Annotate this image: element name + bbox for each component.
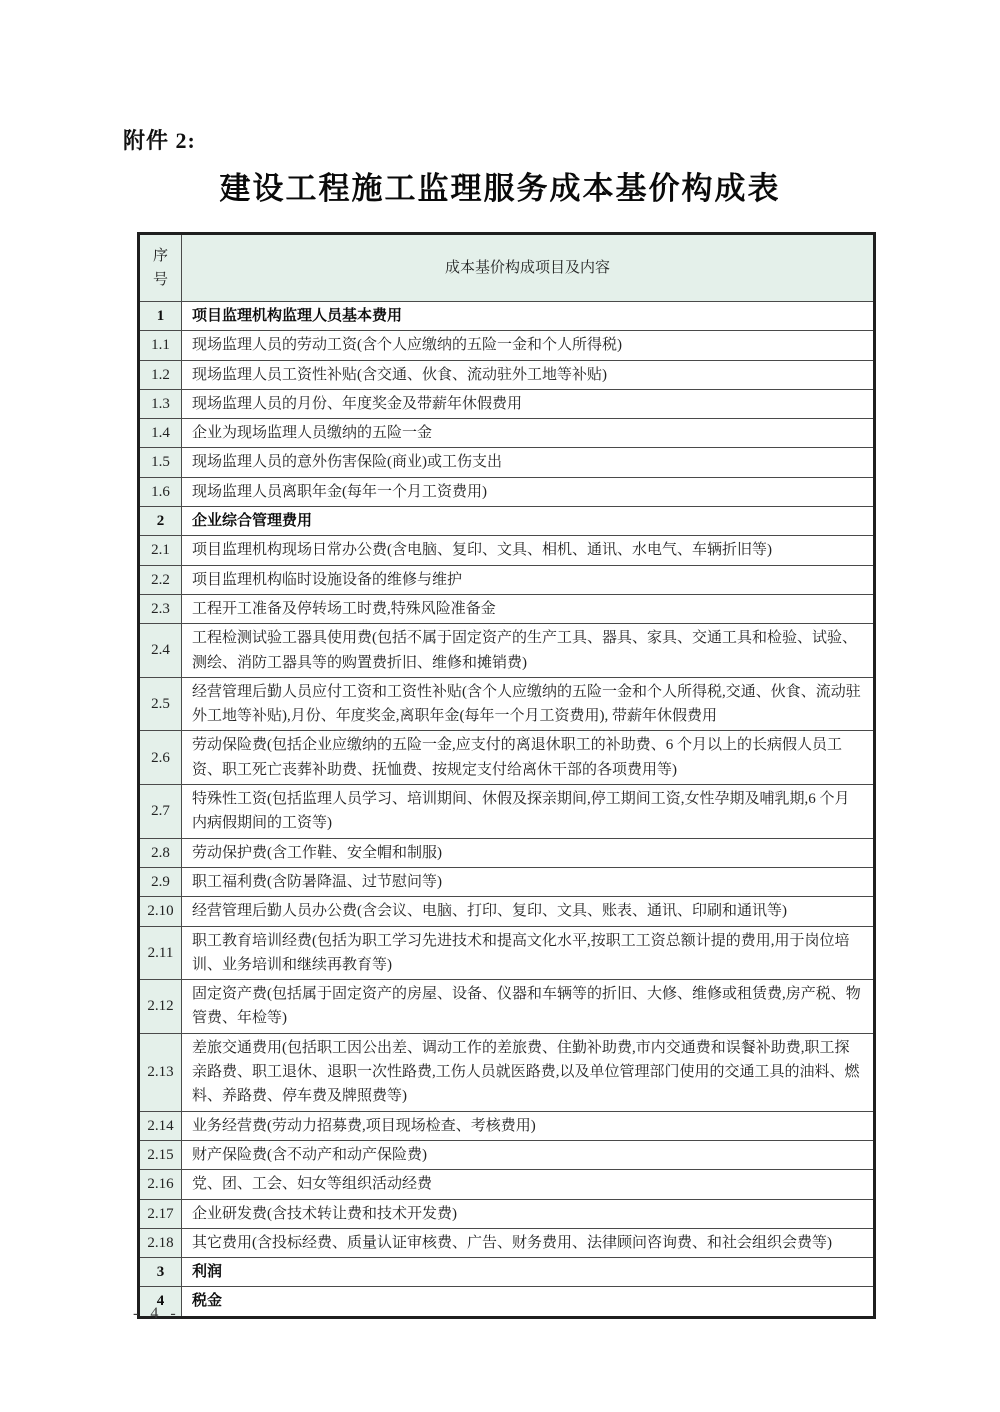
row-content-text: 特殊性工资(包括监理人员学习、培训期间、休假及探亲期间,停工期间工资,女性孕期及… <box>182 785 875 839</box>
row-serial-number: 2.12 <box>139 980 182 1034</box>
table-row: 2.15财产保险费(含不动产和动产保险费) <box>139 1140 875 1169</box>
row-content-text: 职工福利费(含防暑降温、过节慰问等) <box>182 867 875 896</box>
table-row: 2.17企业研发费(含技术转让费和技术开发费) <box>139 1199 875 1228</box>
row-serial-number: 2.9 <box>139 867 182 896</box>
row-serial-number: 1 <box>139 302 182 331</box>
table-row: 2.4工程检测试验工器具使用费(包括不属于固定资产的生产工具、器具、家具、交通工… <box>139 624 875 678</box>
row-content-text: 劳动保护费(含工作鞋、安全帽和制服) <box>182 838 875 867</box>
page-title: 建设工程施工监理服务成本基价构成表 <box>0 163 1000 208</box>
row-content-text: 其它费用(含投标经费、质量认证审核费、广告、财务费用、法律顾问咨询费、和社会组织… <box>182 1228 875 1257</box>
row-serial-number: 2.1 <box>139 536 182 565</box>
row-content-text: 劳动保险费(包括企业应缴纳的五险一金,应支付的离退休职工的补助费、6 个月以上的… <box>182 731 875 785</box>
row-serial-number: 2 <box>139 507 182 536</box>
cost-composition-table: 序号 成本基价构成项目及内容 1项目监理机构监理人员基本费用1.1现场监理人员的… <box>137 232 876 1319</box>
section-row: 3利润 <box>139 1258 875 1287</box>
header-serial-number: 序号 <box>139 234 182 302</box>
table-row: 2.2项目监理机构临时设施设备的维修与维护 <box>139 565 875 594</box>
section-row: 2企业综合管理费用 <box>139 507 875 536</box>
row-content-text: 工程开工准备及停转场工时费,特殊风险准备金 <box>182 594 875 623</box>
attachment-label: 附件 2: <box>123 124 196 155</box>
page-number: - 4 - <box>133 1305 180 1323</box>
section-row: 1项目监理机构监理人员基本费用 <box>139 302 875 331</box>
table-row: 2.7特殊性工资(包括监理人员学习、培训期间、休假及探亲期间,停工期间工资,女性… <box>139 785 875 839</box>
row-serial-number: 1.1 <box>139 331 182 360</box>
table-row: 2.8劳动保护费(含工作鞋、安全帽和制服) <box>139 838 875 867</box>
row-content-text: 项目监理机构现场日常办公费(含电脑、复印、文具、相机、通讯、水电气、车辆折旧等) <box>182 536 875 565</box>
row-content-text: 差旅交通费用(包括职工因公出差、调动工作的差旅费、住勤补助费,市内交通费和误餐补… <box>182 1033 875 1111</box>
row-content-text: 现场监理人员的意外伤害保险(商业)或工伤支出 <box>182 448 875 477</box>
row-serial-number: 2.14 <box>139 1111 182 1140</box>
row-serial-number: 1.5 <box>139 448 182 477</box>
table-row: 2.18其它费用(含投标经费、质量认证审核费、广告、财务费用、法律顾问咨询费、和… <box>139 1228 875 1257</box>
table-row: 2.6劳动保险费(包括企业应缴纳的五险一金,应支付的离退休职工的补助费、6 个月… <box>139 731 875 785</box>
row-content-text: 现场监理人员的月份、年度奖金及带薪年休假费用 <box>182 389 875 418</box>
row-content-text: 税金 <box>182 1287 875 1317</box>
table-row: 2.3工程开工准备及停转场工时费,特殊风险准备金 <box>139 594 875 623</box>
row-serial-number: 3 <box>139 1258 182 1287</box>
row-content-text: 企业为现场监理人员缴纳的五险一金 <box>182 419 875 448</box>
row-content-text: 企业综合管理费用 <box>182 507 875 536</box>
row-content-text: 工程检测试验工器具使用费(包括不属于固定资产的生产工具、器具、家具、交通工具和检… <box>182 624 875 678</box>
table-row: 1.6现场监理人员离职年金(每年一个月工资费用) <box>139 477 875 506</box>
row-serial-number: 2.3 <box>139 594 182 623</box>
table-header: 序号 成本基价构成项目及内容 <box>139 234 875 302</box>
table-row: 2.5经营管理后勤人员应付工资和工资性补贴(含个人应缴纳的五险一金和个人所得税,… <box>139 677 875 731</box>
table-row: 1.4企业为现场监理人员缴纳的五险一金 <box>139 419 875 448</box>
table-row: 2.9职工福利费(含防暑降温、过节慰问等) <box>139 867 875 896</box>
row-serial-number: 2.18 <box>139 1228 182 1257</box>
row-serial-number: 2.16 <box>139 1170 182 1199</box>
row-content-text: 业务经营费(劳动力招募费,项目现场检查、考核费用) <box>182 1111 875 1140</box>
row-serial-number: 2.17 <box>139 1199 182 1228</box>
header-content: 成本基价构成项目及内容 <box>182 234 875 302</box>
table-row: 2.13差旅交通费用(包括职工因公出差、调动工作的差旅费、住勤补助费,市内交通费… <box>139 1033 875 1111</box>
row-serial-number: 2.2 <box>139 565 182 594</box>
header-row: 序号 成本基价构成项目及内容 <box>139 234 875 302</box>
row-content-text: 经营管理后勤人员应付工资和工资性补贴(含个人应缴纳的五险一金和个人所得税,交通、… <box>182 677 875 731</box>
row-serial-number: 2.13 <box>139 1033 182 1111</box>
row-content-text: 经营管理后勤人员办公费(含会议、电脑、打印、复印、文具、账表、通讯、印刷和通讯等… <box>182 897 875 926</box>
row-serial-number: 1.2 <box>139 360 182 389</box>
row-content-text: 固定资产费(包括属于固定资产的房屋、设备、仪器和车辆等的折旧、大修、维修或租赁费… <box>182 980 875 1034</box>
row-serial-number: 2.6 <box>139 731 182 785</box>
row-serial-number: 2.15 <box>139 1140 182 1169</box>
row-serial-number: 1.6 <box>139 477 182 506</box>
section-row: 4税金 <box>139 1287 875 1317</box>
document-page: 附件 2: 建设工程施工监理服务成本基价构成表 序号 成本基价构成项目及内容 1… <box>0 0 1000 1412</box>
row-serial-number: 1.4 <box>139 419 182 448</box>
row-serial-number: 2.8 <box>139 838 182 867</box>
row-content-text: 利润 <box>182 1258 875 1287</box>
row-content-text: 现场监理人员工资性补贴(含交通、伙食、流动驻外工地等补贴) <box>182 360 875 389</box>
row-content-text: 党、团、工会、妇女等组织活动经费 <box>182 1170 875 1199</box>
table-row: 2.1项目监理机构现场日常办公费(含电脑、复印、文具、相机、通讯、水电气、车辆折… <box>139 536 875 565</box>
table-row: 1.1现场监理人员的劳动工资(含个人应缴纳的五险一金和个人所得税) <box>139 331 875 360</box>
row-content-text: 财产保险费(含不动产和动产保险费) <box>182 1140 875 1169</box>
table-row: 2.16党、团、工会、妇女等组织活动经费 <box>139 1170 875 1199</box>
row-serial-number: 2.11 <box>139 926 182 980</box>
row-serial-number: 2.10 <box>139 897 182 926</box>
row-serial-number: 2.7 <box>139 785 182 839</box>
table-row: 1.2现场监理人员工资性补贴(含交通、伙食、流动驻外工地等补贴) <box>139 360 875 389</box>
row-content-text: 职工教育培训经费(包括为职工学习先进技术和提高文化水平,按职工工资总额计提的费用… <box>182 926 875 980</box>
row-content-text: 项目监理机构监理人员基本费用 <box>182 302 875 331</box>
row-content-text: 企业研发费(含技术转让费和技术开发费) <box>182 1199 875 1228</box>
table-row: 1.3现场监理人员的月份、年度奖金及带薪年休假费用 <box>139 389 875 418</box>
row-serial-number: 1.3 <box>139 389 182 418</box>
row-content-text: 现场监理人员离职年金(每年一个月工资费用) <box>182 477 875 506</box>
row-content-text: 现场监理人员的劳动工资(含个人应缴纳的五险一金和个人所得税) <box>182 331 875 360</box>
table-body: 1项目监理机构监理人员基本费用1.1现场监理人员的劳动工资(含个人应缴纳的五险一… <box>139 302 875 1318</box>
row-serial-number: 2.5 <box>139 677 182 731</box>
row-content-text: 项目监理机构临时设施设备的维修与维护 <box>182 565 875 594</box>
table-row: 2.10经营管理后勤人员办公费(含会议、电脑、打印、复印、文具、账表、通讯、印刷… <box>139 897 875 926</box>
table-row: 1.5现场监理人员的意外伤害保险(商业)或工伤支出 <box>139 448 875 477</box>
table-row: 2.14业务经营费(劳动力招募费,项目现场检查、考核费用) <box>139 1111 875 1140</box>
table-row: 2.11职工教育培训经费(包括为职工学习先进技术和提高文化水平,按职工工资总额计… <box>139 926 875 980</box>
table-row: 2.12固定资产费(包括属于固定资产的房屋、设备、仪器和车辆等的折旧、大修、维修… <box>139 980 875 1034</box>
row-serial-number: 2.4 <box>139 624 182 678</box>
